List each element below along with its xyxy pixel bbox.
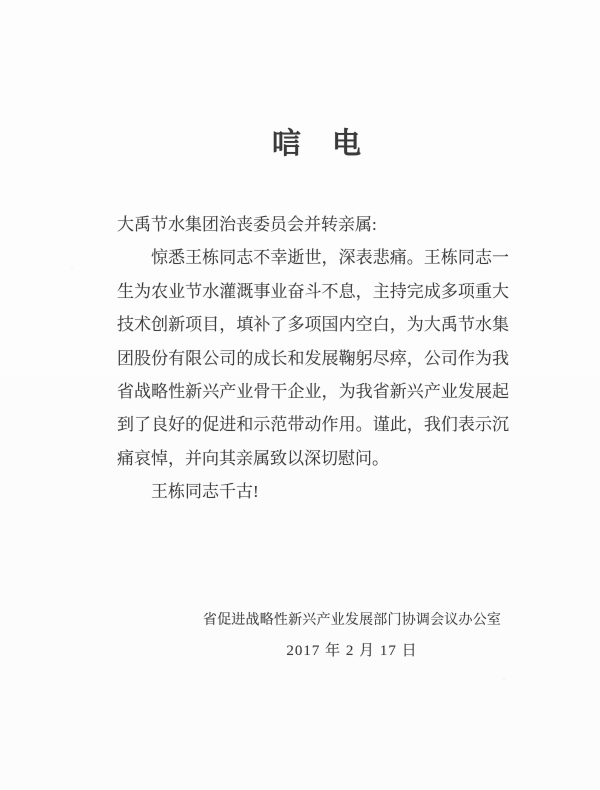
- body-line: 到了良好的促进和示范带动作用。谨此，我们表示沉: [117, 408, 509, 441]
- body-line: 团股份有限公司的成长和发展鞠躬尽瘁，公司作为我: [117, 342, 509, 375]
- salutation-line: 大禹节水集团治丧委员会并转亲属:: [117, 208, 509, 241]
- date-line: 2017 年 2 月 17 日: [52, 643, 600, 660]
- body-line: 惊悉王栋同志不幸逝世，深表悲痛。王栋同志一: [117, 241, 509, 274]
- signature-block: 省促进战略性新兴产业发展部门协调会议办公室 2017 年 2 月 17 日: [52, 612, 600, 660]
- body-line: 生为农业节水灌溉事业奋斗不息，主持完成多项重大: [117, 275, 509, 308]
- signature-line: 省促进战略性新兴产业发展部门协调会议办公室: [52, 612, 600, 629]
- body-line: 技术创新项目，填补了多项国内空白，为大禹节水集: [117, 308, 509, 341]
- body-line: 省战略性新兴产业骨干企业，为我省新兴产业发展起: [117, 375, 509, 408]
- document-title: 唁 电: [17, 127, 600, 161]
- body-line: 痛哀悼，并向其亲属致以深切慰问。: [117, 442, 509, 475]
- scanned-page: 唁 电 大禹节水集团治丧委员会并转亲属: 惊悉王栋同志不幸逝世，深表悲痛。王栋同…: [0, 0, 600, 790]
- letter-body: 大禹节水集团治丧委员会并转亲属: 惊悉王栋同志不幸逝世，深表悲痛。王栋同志一 生…: [117, 208, 509, 509]
- tribute-line: 王栋同志千古!: [117, 475, 509, 508]
